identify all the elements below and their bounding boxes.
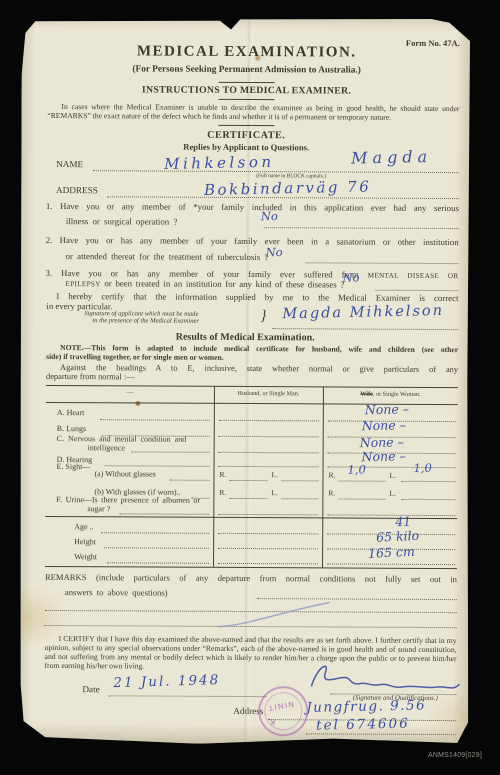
table-header-wife-struck: Wife [360,391,373,398]
table-header-dash: — [46,389,214,397]
dotted-line [107,561,209,564]
row-urine-label-1: F. Urine—Is there presence of albumen or [56,496,200,505]
dotted-line [169,479,209,481]
dotted-line [218,547,318,550]
handwritten-lungs-result: None – [362,419,406,432]
dotted-line [401,498,455,500]
doctor-signature-scrawl [303,658,463,697]
dotted-line [219,451,319,454]
sight-b-husband-left-label: L. [271,489,278,497]
dotted-line [272,327,458,330]
row-sight-a-label: (a) Without glasses [94,470,155,478]
question-1-line-1: 1. Have you or any member of *your famil… [46,202,459,213]
dotted-line [338,479,385,481]
dotted-line [219,419,319,422]
handwritten-given-name: Magda [351,149,432,167]
instructions-heading: INSTRUCTIONS TO MEDICAL EXAMINER. [21,85,471,97]
document-paper: Form No. 47A. MEDICAL EXAMINATION. (For … [18,17,472,745]
question-3-smallcaps-1: MENTAL DISEASE OR [368,272,459,280]
handwritten-phone: tel 674606 [316,718,410,733]
dotted-line [327,562,455,565]
handwritten-address: Bokbindarväg 76 [204,179,372,198]
handwritten-sight-left-value: 1,0 [413,463,432,475]
certificate-heading: CERTIFICATE. [21,130,471,143]
sight-b-wife-right-label: R. [328,489,335,497]
applicant-certify-line-1: I hereby certify that the information su… [56,292,458,303]
dotted-line [401,480,455,482]
name-label: NAME [56,160,83,169]
handwritten-answer-3: No [342,272,359,284]
question-3-line-2-text: or been treated in an institution for an… [101,278,345,289]
age-label: Age .. [74,523,93,531]
table-column-divider [322,386,324,567]
question-2-line-2: or attended thereat for the treatment of… [66,252,269,262]
dotted-line [338,497,385,499]
dotted-line [101,531,209,534]
handwritten-applicant-signature: Magda Mihkelson [282,304,444,322]
dotted-line [218,562,318,565]
row-urine-label-2: sugar ? [87,505,110,513]
row-sight-label: E. Sight— [57,463,91,471]
note-line-2: side) if travelling together, or for sin… [46,353,224,362]
signature-instruction-line-2: in the presence of the Medical Examiner [92,318,199,325]
handwritten-weight-kilo-value: 65 kilo [376,530,420,545]
dotted-line [306,732,456,735]
question-2-line-1: 2. Have you or has any member of your fa… [46,236,459,247]
row-lungs-label: B. Lungs [57,425,86,433]
ink-stamp-side-text: K. [267,717,275,727]
height-label: Height [74,538,96,546]
page-subtitle: (For Persons Seeking Permanent Admission… [22,65,472,77]
dotted-line [108,694,266,697]
table-column-divider [213,386,215,567]
dotted-line [218,532,318,535]
handwritten-age-value: 41 [395,515,411,528]
handwritten-sight-right-value: 1,0 [347,464,366,476]
sight-b-husband-right-label: R. [219,489,226,497]
dotted-line [219,465,319,468]
dotted-line [132,450,210,452]
date-label: Date [82,685,99,694]
handwritten-hearing-result: None – [361,450,405,463]
table-header-wife: Wife, or Single Woman. [323,391,458,398]
handwritten-surname: Mihkelson [164,155,275,172]
signature-brace: } [260,309,266,324]
sight-b-wife-left-label: L. [389,490,396,498]
dotted-line [264,226,459,229]
dotted-line [100,418,210,421]
row-nervous-label-2: intelligence [88,444,125,452]
handwritten-heart-result: None – [365,403,409,416]
divider-rule [218,99,274,100]
dotted-line [219,435,319,438]
dotted-line [104,546,209,549]
question-3-smallcaps-2: EPILEPSY [65,280,100,288]
dotted-line [229,479,267,481]
row-heart-label: A. Heart [57,409,85,417]
dotted-line [105,464,210,467]
table-bottom-border [45,566,457,570]
pen-stroke [214,599,334,632]
sight-a-wife-right-label: R. [328,471,335,479]
handwritten-examiner-address: Jungfrug. 9.56 [306,699,426,715]
dotted-line [119,512,209,514]
sight-a-wife-left-label: L. [389,472,396,480]
remarks-line-1: REMARKS (include particulars of any depa… [45,573,457,584]
table-header-husband: Husband, or Single Man. [214,391,323,398]
sight-a-husband-left-label: L. [271,471,278,479]
address-label: ADDRESS [56,186,98,195]
dotted-line [306,261,459,264]
handwritten-date: 21 Jul. 1948 [113,674,220,691]
question-3-line-2: EPILEPSY or been treated in an instituti… [65,279,344,290]
dotted-line [218,513,318,516]
divider-rule [218,125,274,126]
table-top-border [46,385,458,389]
dotted-line [229,497,267,499]
dotted-line [281,479,318,481]
instructions-body: In cases where the Medical Examiner is u… [47,102,459,123]
against-line-2: departure from normal :— [46,373,135,382]
question-1-line-2: illness or surgical operation ? [66,217,177,226]
table-header-wife-rest: , or Single Woman. [373,391,421,398]
handwritten-answer-2: No [266,247,283,259]
archive-id-label: ANMS1409[029] [428,752,482,759]
dotted-line [375,289,458,291]
handwritten-answer-1: No [261,211,278,223]
page-title: MEDICAL EXAMINATION. [22,44,472,61]
dotted-line [327,513,455,516]
remarks-line-2: answers to above questions) [65,588,168,597]
dotted-line [281,497,318,499]
divider-rule [219,82,275,83]
handwritten-height-cm-value: 165 cm [368,546,415,561]
weight-label: Weight [74,553,97,561]
sight-a-husband-right-label: R. [219,471,226,479]
